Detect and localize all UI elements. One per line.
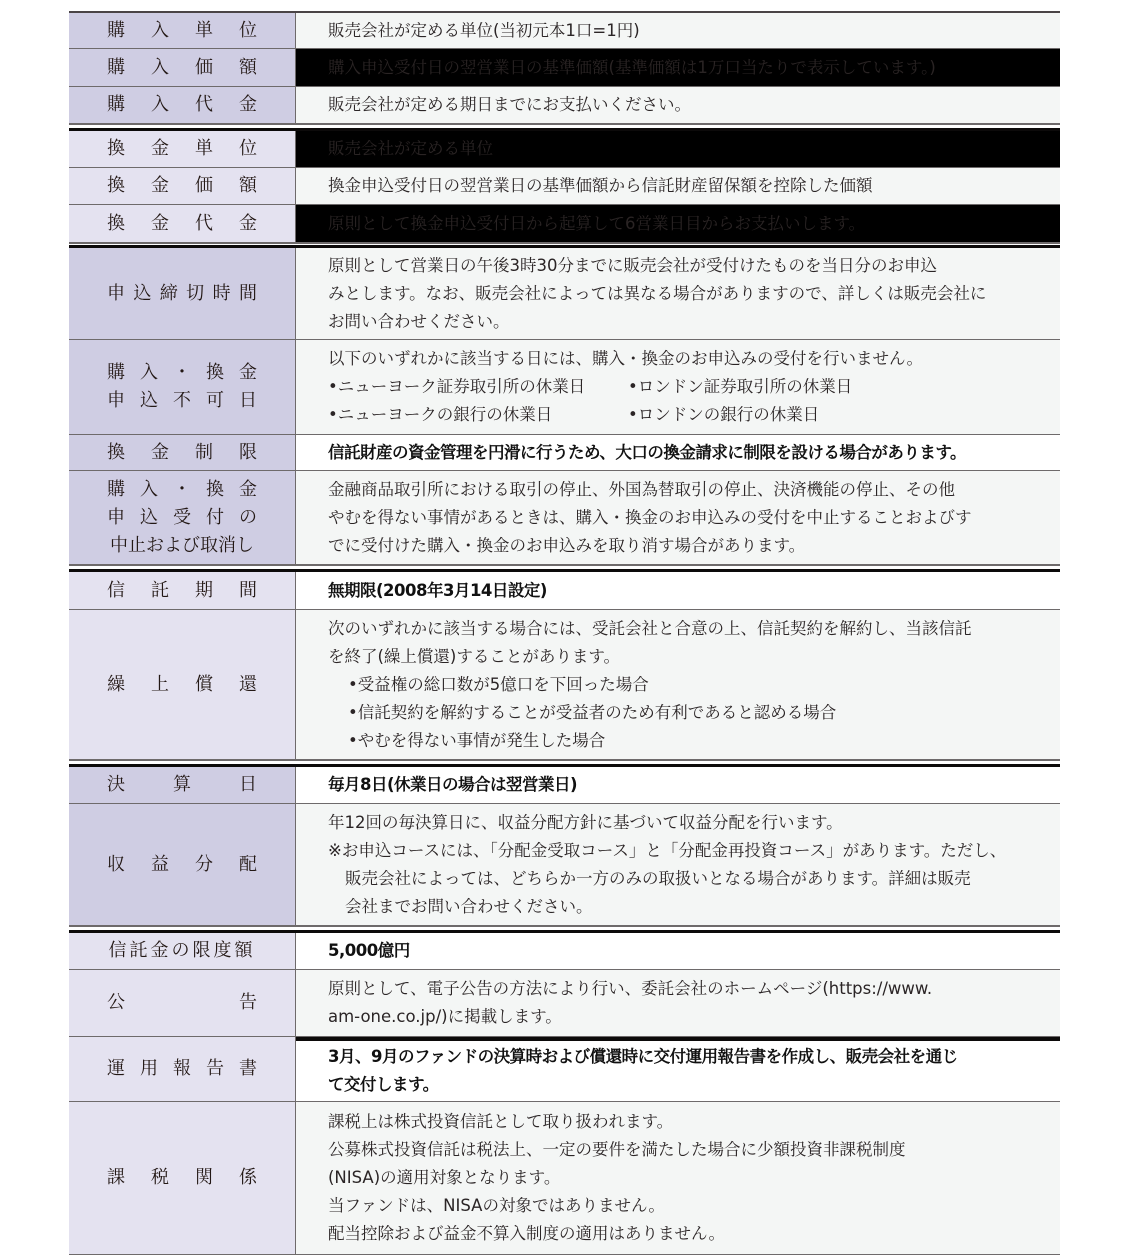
row-non-business-days: 購入・換金 申込不可日 以下のいずれかに該当する日には、購入・換金のお申込みの受… xyxy=(69,340,1060,435)
label-char: 不 xyxy=(173,387,191,415)
holiday-list-row: •ニューヨーク証券取引所の休業日•ロンドン証券取引所の休業日 xyxy=(328,373,1060,401)
value-line: お問い合わせください。 xyxy=(328,308,1060,336)
section-divider xyxy=(69,760,1060,767)
label-text: 信託金の限度額 xyxy=(109,937,256,965)
label-char: 報 xyxy=(173,1055,191,1083)
row-taxation: 課税関係 課税上は株式投資信託として取り扱われます。 公募株式投資信託は税法上、… xyxy=(69,1102,1060,1255)
label-char: 申 xyxy=(107,387,125,415)
value-line: am-one.co.jp/)に掲載します。 xyxy=(328,1003,1060,1031)
label-char: 時 xyxy=(213,280,231,308)
row-purchase-unit: 購入単位 販売会社が定める単位(当初元本1口=1円) xyxy=(69,11,1060,49)
row-trust-limit: 信託金の限度額 5,000億円 xyxy=(69,933,1060,970)
value-line: 以下のいずれかに該当する日には、購入・換金のお申込みの受付を行いません。 xyxy=(328,345,1060,373)
row-application-deadline: 申込締切時間 原則として営業日の午後3時30分までに販売会社が受付けたものを当日… xyxy=(69,248,1060,340)
row-trust-period: 信託期間 無期限(2008年3月14日設定) xyxy=(69,572,1060,610)
value-purchase-unit: 販売会社が定める単位(当初元本1口=1円) xyxy=(296,13,1060,48)
label-char: 換 xyxy=(107,135,125,163)
label-application-deadline: 申込締切時間 xyxy=(69,248,296,339)
label-char: 係 xyxy=(239,1164,257,1192)
label-char: 金 xyxy=(239,476,257,504)
value-text: 販売会社が定める単位(当初元本1口=1円) xyxy=(328,17,1060,45)
label-char: 税 xyxy=(151,1164,169,1192)
label-suspension-cancellation: 購入・換金 申込受付の 中止および取消し xyxy=(69,471,296,564)
value-early-redemption: 次のいずれかに該当する場合には、受託会社と合意の上、信託契約を解約し、当該信託 … xyxy=(296,610,1060,759)
label-char: 信 xyxy=(107,577,125,605)
row-redemption-payment: 換金代金 原則として換金申込受付日から起算して6営業日目からお支払いします。 xyxy=(69,205,1060,243)
label-char: 単 xyxy=(195,17,213,45)
label-char: 繰 xyxy=(107,671,125,699)
label-char: 入 xyxy=(140,359,158,387)
label-char: 限 xyxy=(239,439,257,467)
label-char: 金 xyxy=(151,172,169,200)
value-line: 年12回の毎決算日に、収益分配方針に基づいて収益分配を行います。 xyxy=(328,809,1060,837)
row-purchase-payment: 購入代金 販売会社が定める期日までにお支払いください。 xyxy=(69,87,1060,124)
value-line: て交付します。 xyxy=(328,1071,1060,1099)
row-early-redemption: 繰上償還 次のいずれかに該当する場合には、受託会社と合意の上、信託契約を解約し、… xyxy=(69,610,1060,760)
label-char: 上 xyxy=(151,671,169,699)
label-char: 書 xyxy=(239,1055,257,1083)
value-line: 配当控除および益金不算入制度の適用はありません。 xyxy=(328,1220,1060,1248)
value-line: 3月、9月のファンドの決算時および償還時に交付運用報告書を作成し、販売会社を通じ xyxy=(328,1043,1060,1071)
label-char: 公 xyxy=(107,989,125,1017)
label-char: 関 xyxy=(195,1164,213,1192)
value-management-report: 3月、9月のファンドの決算時および償還時に交付運用報告書を作成し、販売会社を通じ… xyxy=(296,1037,1060,1101)
row-distribution: 収益分配 年12回の毎決算日に、収益分配方針に基づいて収益分配を行います。 ※お… xyxy=(69,804,1060,926)
label-char: 額 xyxy=(239,172,257,200)
value-line: 課税上は株式投資信託として取り扱われます。 xyxy=(328,1108,1060,1136)
label-char: 換 xyxy=(107,210,125,238)
label-char: 価 xyxy=(195,54,213,82)
label-char: 課 xyxy=(107,1164,125,1192)
label-char: 償 xyxy=(195,671,213,699)
value-line: 販売会社によっては、どちらか一方のみの取扱いとなる場合があります。詳細は販売 xyxy=(328,865,1060,893)
value-text: 販売会社が定める単位 xyxy=(328,135,1060,163)
label-redemption-price: 換金価額 xyxy=(69,168,296,204)
label-char: 告 xyxy=(239,989,257,1017)
value-taxation: 課税上は株式投資信託として取り扱われます。 公募株式投資信託は税法上、一定の要件… xyxy=(296,1102,1060,1254)
label-char: 位 xyxy=(239,17,257,45)
value-suspension-cancellation: 金融商品取引所における取引の停止、外国為替取引の停止、決済機能の停止、その他 や… xyxy=(296,471,1060,564)
label-char: 受 xyxy=(173,504,191,532)
value-distribution: 年12回の毎決算日に、収益分配方針に基づいて収益分配を行います。 ※お申込コース… xyxy=(296,804,1060,925)
value-text: 毎月8日(休業日の場合は翌営業日) xyxy=(328,771,1060,799)
label-char: 還 xyxy=(239,671,257,699)
value-line: (NISA)の適用対象となります。 xyxy=(328,1164,1060,1192)
value-text: 販売会社が定める期日までにお支払いください。 xyxy=(328,91,1060,119)
holiday-item: •ニューヨーク証券取引所の休業日 xyxy=(328,373,628,401)
label-early-redemption: 繰上償還 xyxy=(69,610,296,759)
label-char: 入 xyxy=(151,54,169,82)
label-char: 申 xyxy=(107,280,125,308)
holiday-item: •ロンドン証券取引所の休業日 xyxy=(628,373,852,401)
value-text: 信託財産の資金管理を円滑に行うため、大口の換金請求に制限を設ける場合があります。 xyxy=(328,439,1060,467)
label-char: の xyxy=(239,504,257,532)
label-char: 託 xyxy=(151,577,169,605)
label-char: 購 xyxy=(107,476,125,504)
label-char: 込 xyxy=(133,280,151,308)
label-char: 配 xyxy=(239,851,257,879)
value-line: 金融商品取引所における取引の停止、外国為替取引の停止、決済機能の停止、その他 xyxy=(328,476,1060,504)
row-redemption-unit: 換金単位 販売会社が定める単位 xyxy=(69,131,1060,168)
bullet-item: •やむを得ない事情が発生した場合 xyxy=(328,727,1060,755)
row-settlement-date: 決算日 毎月8日(休業日の場合は翌営業日) xyxy=(69,767,1060,804)
label-char: 購 xyxy=(107,54,125,82)
label-char: 単 xyxy=(195,135,213,163)
label-char: 決 xyxy=(107,771,125,799)
value-text: 購入申込受付日の翌営業日の基準価額(基準価額は1万口当たりで表示しています。) xyxy=(328,54,1060,82)
value-redemption-limit: 信託財産の資金管理を円滑に行うため、大口の換金請求に制限を設ける場合があります。 xyxy=(296,435,1060,470)
label-char: 購 xyxy=(107,91,125,119)
label-char: 金 xyxy=(239,210,257,238)
section-divider xyxy=(69,565,1060,572)
label-char: 代 xyxy=(195,210,213,238)
label-char: 代 xyxy=(195,91,213,119)
label-management-report: 運用報告書 xyxy=(69,1037,296,1101)
label-char: 分 xyxy=(195,851,213,879)
value-text: 換金申込受付日の翌営業日の基準価額から信託財産留保額を控除した価額 xyxy=(328,172,1060,200)
row-redemption-limit: 換金制限 信託財産の資金管理を円滑に行うため、大口の換金請求に制限を設ける場合が… xyxy=(69,435,1060,471)
value-line: ※お申込コースには、「分配金受取コース」と「分配金再投資コース」があります。ただ… xyxy=(328,837,1060,865)
label-char: 間 xyxy=(239,280,257,308)
value-text: 5,000億円 xyxy=(328,937,1060,965)
label-char: 換 xyxy=(107,439,125,467)
holiday-item: •ロンドンの銀行の休業日 xyxy=(628,401,819,429)
label-char: 日 xyxy=(239,771,257,799)
label-redemption-payment: 換金代金 xyxy=(69,205,296,242)
label-char: 金 xyxy=(239,91,257,119)
label-char: 締 xyxy=(160,280,178,308)
label-distribution: 収益分配 xyxy=(69,804,296,925)
section-divider xyxy=(69,926,1060,933)
value-redemption-unit-redacted: 販売会社が定める単位 xyxy=(296,131,1060,167)
label-trust-limit: 信託金の限度額 xyxy=(69,933,296,969)
label-char: 運 xyxy=(107,1055,125,1083)
label-char: 換 xyxy=(107,172,125,200)
label-char: 購 xyxy=(107,17,125,45)
label-char: 制 xyxy=(195,439,213,467)
value-settlement-date: 毎月8日(休業日の場合は翌営業日) xyxy=(296,767,1060,803)
label-redemption-limit: 換金制限 xyxy=(69,435,296,470)
label-char: 用 xyxy=(140,1055,158,1083)
label-char: 位 xyxy=(239,135,257,163)
value-line: 会社までお問い合わせください。 xyxy=(328,893,1060,921)
value-purchase-payment: 販売会社が定める期日までにお支払いください。 xyxy=(296,87,1060,123)
label-char: 入 xyxy=(140,476,158,504)
label-char: 日 xyxy=(239,387,257,415)
label-char: ・ xyxy=(173,476,191,504)
label-char: ・ xyxy=(173,359,191,387)
value-text: 原則として換金申込受付日から起算して6営業日目からお支払いします。 xyxy=(328,210,1060,238)
label-taxation: 課税関係 xyxy=(69,1102,296,1254)
label-char: 入 xyxy=(151,17,169,45)
label-char: 告 xyxy=(206,1055,224,1083)
label-char: 込 xyxy=(140,504,158,532)
value-trust-period: 無期限(2008年3月14日設定) xyxy=(296,572,1060,609)
value-line: 次のいずれかに該当する場合には、受託会社と合意の上、信託契約を解約し、当該信託 xyxy=(328,615,1060,643)
value-line: 原則として営業日の午後3時30分までに販売会社が受付けたものを当日分のお申込 xyxy=(328,252,1060,280)
label-char: 期 xyxy=(195,577,213,605)
row-redemption-price: 換金価額 換金申込受付日の翌営業日の基準価額から信託財産留保額を控除した価額 xyxy=(69,168,1060,205)
label-purchase-price: 購入価額 xyxy=(69,49,296,86)
row-public-notice: 公告 原則として、電子公告の方法により行い、委託会社のホームページ(https:… xyxy=(69,970,1060,1037)
value-text: 無期限(2008年3月14日設定) xyxy=(328,577,1060,605)
label-char: 金 xyxy=(239,359,257,387)
label-line: 中止および取消し xyxy=(110,532,254,560)
value-application-deadline: 原則として営業日の午後3時30分までに販売会社が受付けたものを当日分のお申込 み… xyxy=(296,248,1060,339)
value-purchase-price-redacted: 購入申込受付日の翌営業日の基準価額(基準価額は1万口当たりで表示しています。) xyxy=(296,49,1060,86)
label-trust-period: 信託期間 xyxy=(69,572,296,609)
bullet-item: •信託契約を解約することが受益者のため有利であると認める場合 xyxy=(328,699,1060,727)
label-char: 切 xyxy=(186,280,204,308)
row-suspension-cancellation: 購入・換金 申込受付の 中止および取消し 金融商品取引所における取引の停止、外国… xyxy=(69,471,1060,565)
label-char: 金 xyxy=(151,210,169,238)
label-char: 益 xyxy=(151,851,169,879)
label-redemption-unit: 換金単位 xyxy=(69,131,296,167)
label-non-business-days: 購入・換金 申込不可日 xyxy=(69,340,296,434)
value-line: みとします。なお、販売会社によっては異なる場合がありますので、詳しくは販売会社に xyxy=(328,280,1060,308)
label-char: 可 xyxy=(206,387,224,415)
label-char: 金 xyxy=(151,439,169,467)
value-line: 公募株式投資信託は税法上、一定の要件を満たした場合に少額投資非課税制度 xyxy=(328,1136,1060,1164)
label-char: 算 xyxy=(173,771,191,799)
value-line: を終了(繰上償還)することがあります。 xyxy=(328,643,1060,671)
label-char: 価 xyxy=(195,172,213,200)
value-line: 原則として、電子公告の方法により行い、委託会社のホームページ(https://w… xyxy=(328,975,1060,1003)
label-char: 購 xyxy=(107,359,125,387)
label-settlement-date: 決算日 xyxy=(69,767,296,803)
label-char: 入 xyxy=(151,91,169,119)
bullet-item: •受益権の総口数が5億口を下回った場合 xyxy=(328,671,1060,699)
section-divider xyxy=(69,124,1060,131)
label-char: 申 xyxy=(107,504,125,532)
label-char: 付 xyxy=(206,504,224,532)
row-management-report: 運用報告書 3月、9月のファンドの決算時および償還時に交付運用報告書を作成し、販… xyxy=(69,1037,1060,1102)
label-purchase-payment: 購入代金 xyxy=(69,87,296,123)
value-public-notice: 原則として、電子公告の方法により行い、委託会社のホームページ(https://w… xyxy=(296,970,1060,1036)
label-purchase-unit: 購入単位 xyxy=(69,13,296,48)
value-line: やむを得ない事情があるときは、購入・換金のお申込みの受付を中止することおよびす xyxy=(328,504,1060,532)
value-trust-limit: 5,000億円 xyxy=(296,933,1060,969)
label-char: 込 xyxy=(140,387,158,415)
holiday-list-row: •ニューヨークの銀行の休業日•ロンドンの銀行の休業日 xyxy=(328,401,1060,429)
holiday-item: •ニューヨークの銀行の休業日 xyxy=(328,401,628,429)
label-char: 金 xyxy=(151,135,169,163)
label-char: 額 xyxy=(239,54,257,82)
fund-terms-table: 購入単位 販売会社が定める単位(当初元本1口=1円) 購入価額 購入申込受付日の… xyxy=(69,11,1060,1255)
label-char: 間 xyxy=(239,577,257,605)
value-line: でに受付けた購入・換金のお申込みを取り消す場合があります。 xyxy=(328,532,1060,560)
label-char: 換 xyxy=(206,476,224,504)
value-redemption-price: 換金申込受付日の翌営業日の基準価額から信託財産留保額を控除した価額 xyxy=(296,168,1060,204)
label-public-notice: 公告 xyxy=(69,970,296,1036)
label-char: 換 xyxy=(206,359,224,387)
value-line: 当ファンドは、NISAの対象ではありません。 xyxy=(328,1192,1060,1220)
label-char: 収 xyxy=(107,851,125,879)
value-redemption-payment-redacted: 原則として換金申込受付日から起算して6営業日目からお支払いします。 xyxy=(296,205,1060,242)
row-purchase-price: 購入価額 購入申込受付日の翌営業日の基準価額(基準価額は1万口当たりで表示してい… xyxy=(69,49,1060,87)
value-non-business-days: 以下のいずれかに該当する日には、購入・換金のお申込みの受付を行いません。 •ニュ… xyxy=(296,340,1060,434)
